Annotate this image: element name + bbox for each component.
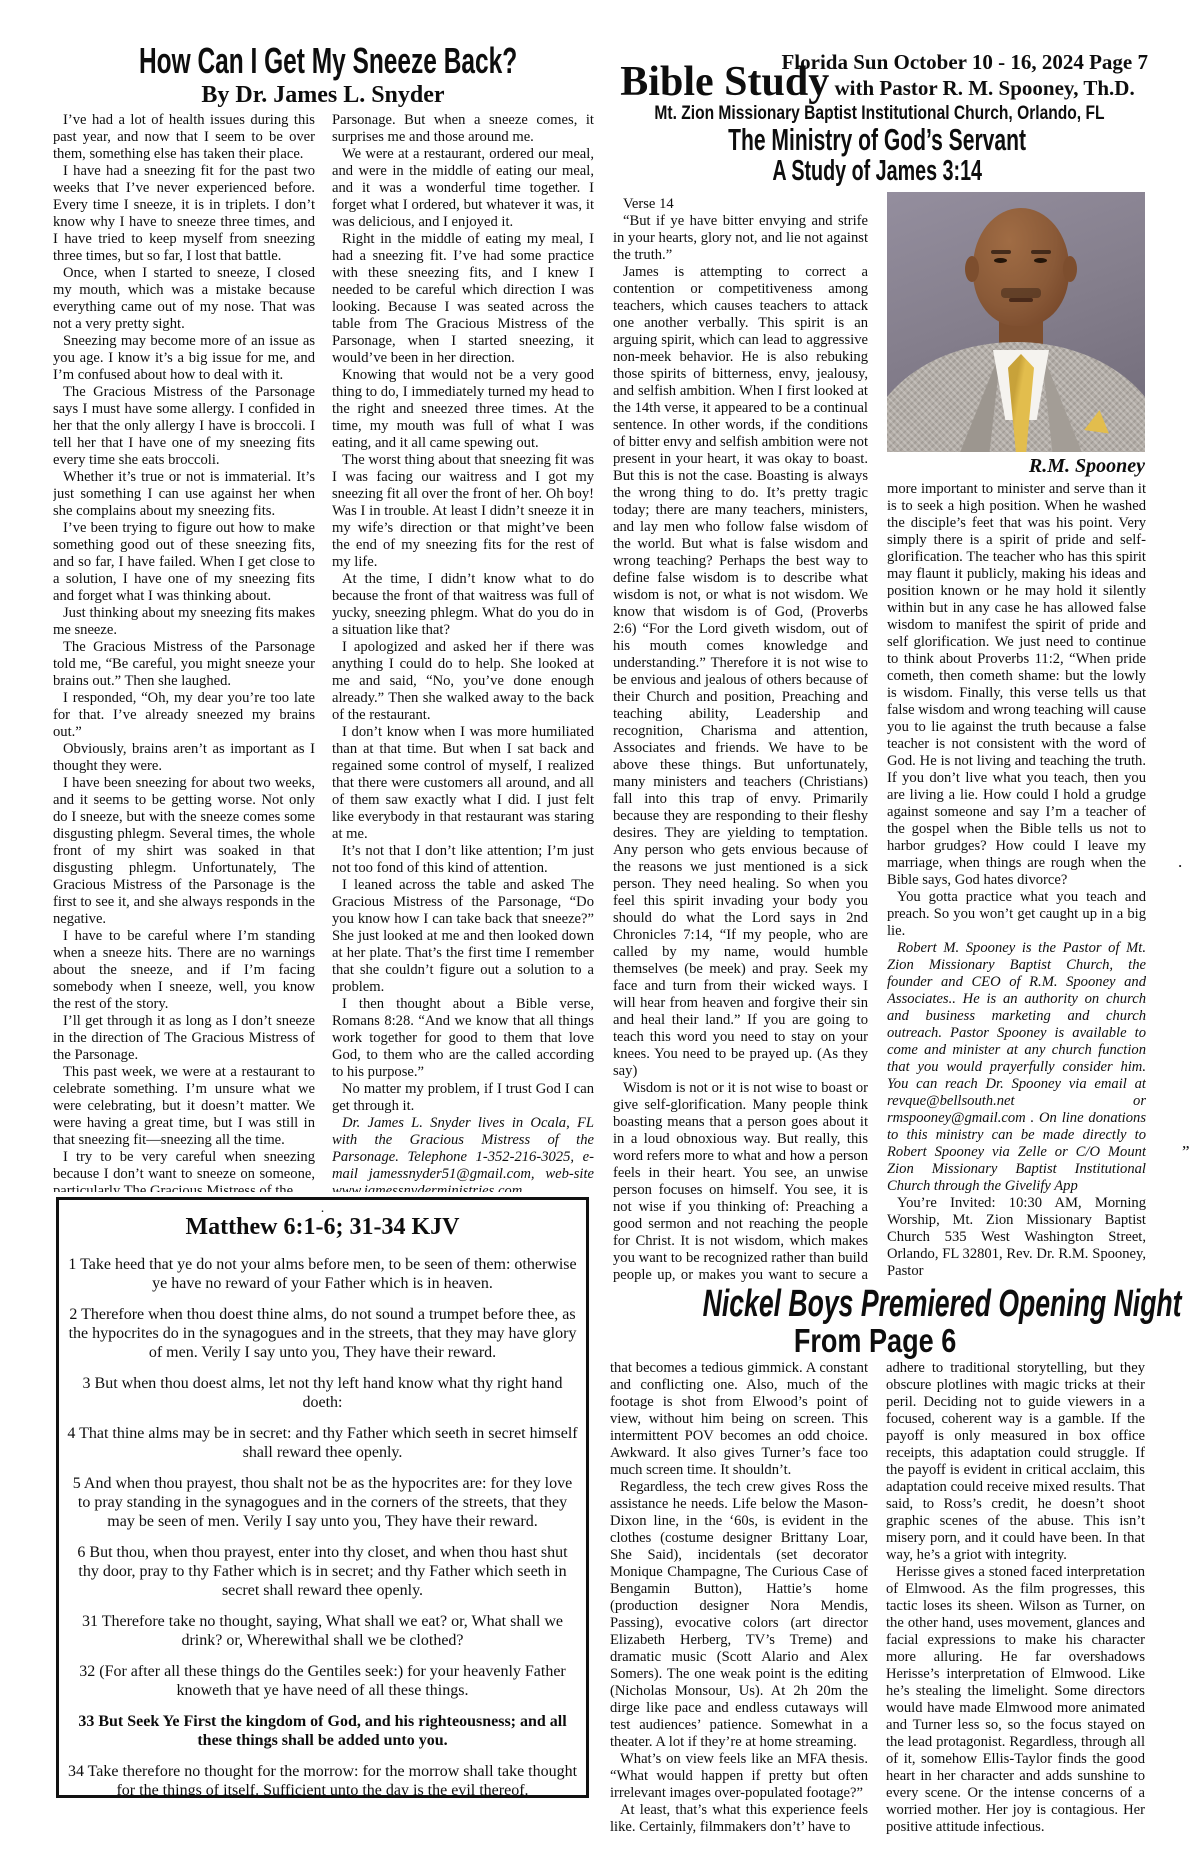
stray-period-mark: .	[1178, 852, 1182, 872]
photo-mustache	[1001, 288, 1041, 298]
paragraph: I apologized and asked her if there was …	[332, 639, 594, 724]
paragraph: Knowing that would not be a very good th…	[332, 367, 594, 452]
bible-study-headline-1: The Ministry of God’s Servant	[605, 124, 1150, 156]
verse: 1 Take heed that ye do not your alms bef…	[67, 1255, 578, 1293]
paragraph: It’s not that I don’t like attention; I’…	[332, 843, 594, 877]
verse: 32 (For after all these things do the Ge…	[67, 1662, 578, 1700]
verse: 34 Take therefore no thought for the mor…	[67, 1762, 578, 1798]
verse: 2 Therefore when thou doest thine alms, …	[67, 1305, 578, 1362]
paragraph: Once, when I started to sneeze, I closed…	[53, 265, 315, 333]
paragraph: You gotta practice what you teach and pr…	[887, 889, 1146, 940]
pastor-photo	[887, 192, 1145, 452]
paragraph: I have had a sneezing fit for the past t…	[53, 163, 315, 265]
paragraph: Dr. James L. Snyder lives in Ocala, FL w…	[332, 1115, 594, 1192]
paragraph: Right in the middle of eating my meal, I…	[332, 231, 594, 367]
paragraph: I try to be very careful when sneezing b…	[53, 1149, 315, 1192]
photo-eye-right	[1034, 258, 1047, 263]
paragraph: At the time, I didn’t know what to do be…	[332, 571, 594, 639]
paragraph: Robert M. Spooney is the Pastor of Mt. Z…	[887, 940, 1146, 1195]
nickel-boys-column-2: adhere to traditional storytelling, but …	[886, 1360, 1145, 1852]
paragraph: The Gracious Mistress of the Parsonage t…	[53, 639, 315, 690]
verse: 33 But Seek Ye First the kingdom of God,…	[67, 1712, 578, 1750]
paragraph: Regardless, the tech crew gives Ross the…	[610, 1479, 868, 1751]
paragraph: At least, that’s what this experience fe…	[610, 1802, 868, 1836]
paragraph: Whether it’s true or not is immaterial. …	[53, 469, 315, 520]
verse: 3 But when thou doest alms, let not thy …	[67, 1374, 578, 1412]
paragraph: Herisse gives a stoned faced interpretat…	[886, 1564, 1145, 1836]
paragraph: I have been sneezing for about two weeks…	[53, 775, 315, 928]
newspaper-page: Florida Sun October 10 - 16, 2024 Page 7…	[0, 0, 1200, 1855]
sneeze-byline: By Dr. James L. Snyder	[50, 82, 596, 109]
photo-ear-left	[965, 256, 979, 282]
paragraph: I leaned across the table and asked The …	[332, 877, 594, 996]
stray-quote-mark: ”	[1182, 1142, 1190, 1162]
paragraph: I’ve been trying to figure out how to ma…	[53, 520, 315, 605]
paragraph: I’ll get through it as long as I don’t s…	[53, 1013, 315, 1064]
sneeze-headline: How Can I Get My Sneeze Back?	[50, 42, 596, 80]
bible-study-masthead: Bible Study with Pastor R. M. Spooney, T…	[605, 58, 1150, 106]
paragraph: You’re Invited: 10:30 AM, Morning Worshi…	[887, 1195, 1146, 1280]
paragraph: No matter my problem, if I trust God I c…	[332, 1081, 594, 1115]
sneeze-article-body: I’ve had a lot of health issues during t…	[53, 112, 595, 1192]
paragraph: The Gracious Mistress of the Parsonage s…	[53, 384, 315, 469]
bible-study-column-2: more important to minister and serve tha…	[887, 481, 1146, 1285]
paragraph: James is attempting to correct a content…	[613, 264, 868, 1080]
nickel-boys-headline: Nickel Boys Premiered Opening Night	[600, 1284, 1150, 1324]
paragraph: This past week, we were at a restaurant …	[53, 1064, 315, 1149]
paragraph: Verse 14	[613, 196, 868, 213]
paragraph: I’ve had a lot of health issues during t…	[53, 112, 315, 163]
paragraph: more important to minister and serve tha…	[887, 481, 1146, 889]
sneeze-column-2: Parsonage. But when a sneeze comes, it s…	[332, 112, 594, 1192]
paragraph: I have to be careful where I’m standing …	[53, 928, 315, 1013]
photo-eye-left	[994, 258, 1007, 263]
paragraph: Parsonage. But when a sneeze comes, it s…	[332, 112, 594, 146]
matthew-verses: 1 Take heed that ye do not your alms bef…	[67, 1255, 578, 1798]
paragraph: I responded, “Oh, my dear you’re too lat…	[53, 690, 315, 741]
photo-mouth	[1009, 298, 1033, 302]
nickel-boys-continued-from: From Page 6	[600, 1324, 1150, 1358]
photo-head	[973, 208, 1069, 326]
paragraph: adhere to traditional storytelling, but …	[886, 1360, 1145, 1564]
verse: 31 Therefore take no thought, saying, Wh…	[67, 1612, 578, 1650]
verse: 4 That thine alms may be in secret: and …	[67, 1424, 578, 1462]
paragraph: Just thinking about my sneezing fits mak…	[53, 605, 315, 639]
paragraph: that becomes a tedious gimmick. A consta…	[610, 1360, 868, 1479]
paragraph: The worst thing about that sneezing fit …	[332, 452, 594, 571]
photo-brow-left	[991, 250, 1011, 254]
matthew-box-title: Matthew 6:1-6; 31-34 KJV	[67, 1214, 578, 1241]
matthew-scripture-box: . Matthew 6:1-6; 31-34 KJV 1 Take heed t…	[56, 1197, 589, 1798]
paragraph: We were at a restaurant, ordered our mea…	[332, 146, 594, 231]
paragraph: What’s on view feels like an MFA thesis.…	[610, 1751, 868, 1802]
nickel-boys-column-1: that becomes a tedious gimmick. A consta…	[610, 1360, 868, 1852]
photo-ear-right	[1063, 256, 1077, 282]
paragraph: I then thought about a Bible verse, Roma…	[332, 996, 594, 1081]
bible-study-title: Bible Study	[620, 59, 829, 105]
photo-caption: R.M. Spooney	[887, 455, 1145, 478]
paragraph: Wisdom is not or it is not wise to boast…	[613, 1080, 868, 1286]
bible-study-pastor-credit: with Pastor R. M. Spooney, Th.D.	[829, 76, 1135, 100]
verse: 5 And when thou prayest, thou shalt not …	[67, 1474, 578, 1531]
verse: 6 But thou, when thou prayest, enter int…	[67, 1543, 578, 1600]
bible-study-column-1: Verse 14“But if ye have bitter envying a…	[613, 196, 868, 1286]
stray-dot-in-box: .	[67, 1204, 578, 1214]
sneeze-column-1: I’ve had a lot of health issues during t…	[53, 112, 315, 1192]
paragraph: Obviously, brains aren’t as important as…	[53, 741, 315, 775]
paragraph: I don’t know when I was more humiliated …	[332, 724, 594, 843]
sneeze-headline-text: How Can I Get My Sneeze Back?	[139, 42, 517, 80]
sneeze-article-header: How Can I Get My Sneeze Back? By Dr. Jam…	[50, 42, 596, 109]
paragraph: “But if ye have bitter envying and strif…	[613, 213, 868, 264]
photo-brow-right	[1031, 250, 1051, 254]
paragraph: Sneezing may become more of an issue as …	[53, 333, 315, 384]
bible-study-headline-2: A Study of James 3:14	[605, 156, 1150, 186]
